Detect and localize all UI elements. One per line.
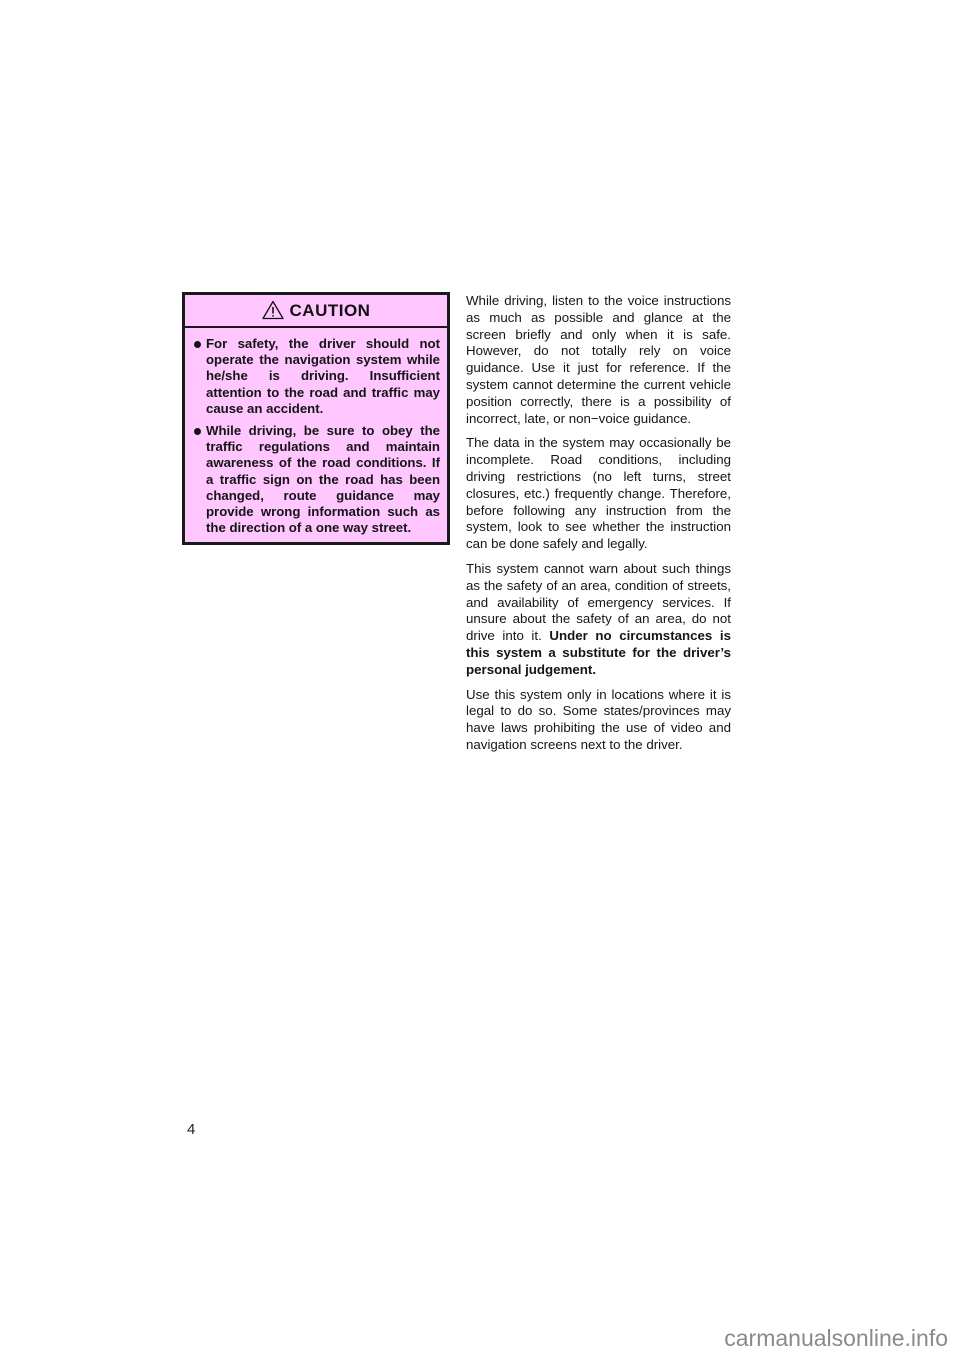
warning-triangle-icon xyxy=(262,301,284,320)
paragraph-safety-warning: This system cannot warn about such thing… xyxy=(466,561,731,679)
page-number: 4 xyxy=(187,1121,195,1138)
caution-item-text: For safety, the driver should not operat… xyxy=(206,336,440,416)
caution-item-text: While driving, be sure to obey the traff… xyxy=(206,423,440,535)
body-text-column: While driving, listen to the voice instr… xyxy=(466,293,731,762)
caution-list: For safety, the driver should not operat… xyxy=(185,328,447,536)
bullet-icon xyxy=(194,341,201,348)
paragraph-data-incomplete: The data in the system may occasionally … xyxy=(466,435,731,553)
caution-item: While driving, be sure to obey the traff… xyxy=(194,423,440,536)
paragraph-legal-use: Use this system only in locations where … xyxy=(466,687,731,754)
watermark-link[interactable]: carmanualsonline.info xyxy=(724,1325,948,1352)
caution-item: For safety, the driver should not operat… xyxy=(194,336,440,417)
caution-title: CAUTION xyxy=(290,301,371,321)
caution-header: CAUTION xyxy=(185,295,447,328)
bullet-icon xyxy=(194,428,201,435)
paragraph-voice-guidance: While driving, listen to the voice instr… xyxy=(466,293,731,427)
caution-box: CAUTION For safety, the driver should no… xyxy=(182,292,450,545)
